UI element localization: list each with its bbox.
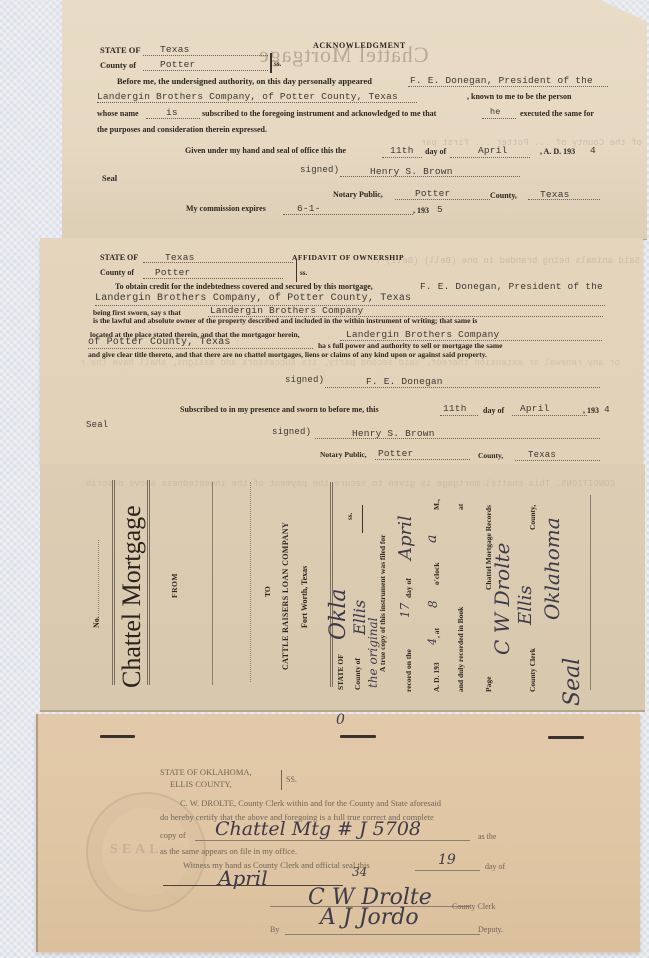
aff-notary-county: Potter	[378, 448, 413, 459]
ack-day: 11th	[390, 145, 414, 156]
cover-record-prefix: record on the	[404, 649, 413, 692]
affidavit-title: AFFIDAVIT OF OWNERSHIP	[292, 253, 404, 262]
aff-line6-fill	[88, 348, 313, 349]
cover-to-label: TO	[263, 586, 272, 597]
aff-seal-label: Seal	[86, 420, 108, 430]
aff-line5-typed: Landergin Brothers Company	[346, 329, 499, 340]
ack-line2-typed: Landergin Brothers Company, of Potter Co…	[97, 91, 398, 102]
cover-lender: CATTLE RAISERS LOAN COMPANY	[281, 522, 290, 670]
ack-line2-fill	[97, 102, 417, 103]
ack-line3-middle: subscribed to the foregoing instrument a…	[202, 109, 436, 118]
aff-notary-state: Texas	[528, 450, 556, 460]
aff-signed-line	[325, 387, 600, 388]
aff-county-line	[143, 278, 283, 279]
cert-deputy-line	[285, 934, 480, 935]
cover-record-month: April	[395, 515, 416, 560]
cover-rule	[212, 482, 213, 685]
ack-signed-label: signed)	[300, 165, 339, 175]
cover-county-clerk-label: County Clerk	[528, 648, 537, 692]
aff-ss-bracket	[296, 260, 297, 282]
aff-day-of: day of	[483, 406, 504, 415]
ack-signer: Henry S. Brown	[370, 166, 453, 177]
aff-month: April	[520, 403, 550, 414]
cert-county-clerk-label: County Clerk	[452, 902, 495, 911]
ack-line1-fill	[408, 86, 608, 87]
staple	[100, 735, 135, 738]
cover-seal-hand: Seal	[560, 658, 585, 706]
ack-month: April	[478, 145, 508, 156]
ack-is-line	[146, 118, 200, 119]
aff-line7: and give clear title thereto, and that t…	[88, 350, 487, 359]
ack-county-label: County of	[100, 60, 136, 70]
cover-at2: at	[456, 504, 465, 510]
ack-he-typed: he	[490, 107, 501, 117]
seal-text: SEAL	[110, 842, 163, 858]
cover-recorded-in: and duly recorded in Book	[456, 607, 465, 692]
aff-line4: is the lawful and absolute owner of the …	[93, 316, 477, 325]
cover-hour: 8	[426, 600, 440, 608]
ack-ad: , A. D. 193	[540, 147, 575, 156]
cover-ad-digit: 4	[426, 638, 439, 645]
ack-state-line	[143, 55, 268, 56]
mirrored-bleed-title: Chattel Mortgage	[258, 42, 429, 68]
ack-notary-state: Texas	[540, 189, 570, 200]
cert-witness-prefix: Witness my hand as County Clerk and offi…	[183, 860, 370, 870]
aff-line1-typed: F. E. Donegan, President of the	[420, 281, 603, 292]
aff-month-line	[512, 415, 587, 416]
cover-state-hand: Okla	[326, 588, 351, 640]
aff-year-digit: 4	[604, 404, 610, 415]
cover-ss: ss.	[346, 513, 354, 520]
cover-lender-city: Fort Worth, Texas	[300, 566, 309, 628]
bleed-through-text: of the County of ... Potter ... first pa…	[422, 138, 642, 238]
pencil-mark: 0	[336, 712, 345, 728]
cover-state-label: STATE OF	[336, 654, 345, 690]
cert-copy-hand: Chattel Mtg # J 5708	[215, 818, 421, 840]
ack-line3-prefix: whose name	[97, 109, 139, 118]
cert-month-hand: April	[218, 866, 268, 890]
ack-commission-line	[283, 214, 413, 215]
ack-line3-suffix: executed the same for	[520, 109, 594, 118]
cover-no-line	[98, 540, 99, 615]
aff-signed-label: signed)	[285, 375, 324, 385]
cover-from-label: FROM	[170, 573, 179, 598]
bleed-through-text: Said animals being branded in one (Bell)…	[370, 256, 640, 276]
ack-year-digit: 4	[590, 145, 596, 156]
ack-ss-bracket	[270, 53, 272, 73]
ack-commission-label: My commission expires	[186, 204, 266, 213]
aff-notary-label: Notary Public,	[320, 450, 367, 459]
ack-county-word: County,	[490, 191, 517, 200]
cover-at: , at	[432, 628, 441, 638]
acknowledgment-sheet: of the County of ... Potter ... first pa…	[62, 0, 647, 240]
ack-commission-year-prefix: , 193	[413, 206, 429, 215]
cover-filed-hand: the original	[366, 617, 380, 688]
aff-line6-typed: of Potter County, Texas	[88, 337, 231, 348]
cert-day-line	[415, 870, 480, 871]
cover-rule	[250, 482, 251, 682]
cover-county-label: County of	[353, 658, 362, 690]
ack-line4: the purposes and consideration therein e…	[97, 125, 267, 134]
cert-deputy-signature: A J Jordo	[320, 905, 419, 930]
cert-deputy-label: Deputy.	[478, 925, 503, 934]
aff-line6-suffix: ha s full power and authority to sell or…	[318, 341, 503, 350]
cover-rule	[330, 482, 333, 687]
ack-notary-county-line	[395, 199, 490, 200]
aff-county-word: County,	[478, 451, 503, 460]
aff-notary-signer: Henry S. Brown	[352, 428, 435, 439]
cover-m: M.,	[432, 499, 441, 510]
cert-day-of: day of	[485, 862, 505, 871]
cert-county-line: ELLIS COUNTY,	[170, 779, 232, 789]
cover-no-label: No.	[92, 616, 101, 628]
cover-page-label: Page	[484, 677, 493, 692]
aff-signer: F. E. Donegan	[366, 376, 443, 387]
aff-county-value: Potter	[155, 267, 190, 278]
aff-notary-signed-label: signed)	[272, 427, 311, 437]
ack-seal-label: Seal	[102, 173, 117, 183]
aff-notary-state-line	[515, 460, 600, 461]
cover-rule	[147, 480, 150, 685]
cover-rule	[112, 480, 115, 685]
ack-commission-year-digit: 5	[437, 204, 443, 215]
cover-record-day: 17	[398, 603, 412, 618]
aff-state-label: STATE OF	[100, 253, 138, 262]
ack-county-line	[143, 70, 268, 71]
cert-same-line: as the same appears on file in my office…	[160, 846, 297, 856]
ack-line1-prefix: Before me, the undersigned authority, on…	[117, 76, 372, 86]
aff-subscribed-prefix: Subscribed to in my presence and sworn t…	[180, 405, 379, 414]
aff-year-prefix: , 193	[583, 406, 599, 415]
ack-commission-date: 6-1-	[297, 203, 321, 214]
cert-year-hand: 34	[352, 865, 367, 879]
cover-ampm: a	[424, 535, 440, 543]
ack-notary-county: Potter	[415, 188, 450, 199]
ack-county-value: Potter	[160, 59, 195, 70]
cert-witness-day: 19	[438, 852, 456, 868]
ack-ss: ss.	[274, 60, 281, 68]
cert-state-line: STATE OF OKLAHOMA,	[160, 767, 252, 777]
aff-line3-typed: Landergin Brothers Company	[210, 305, 363, 316]
cover-county-label2: County,	[528, 505, 537, 530]
aff-state-value: Texas	[165, 252, 195, 263]
cover-title: Chattel Mortgage	[117, 505, 147, 688]
aff-county-label: County of	[100, 268, 134, 277]
ack-day-of: day of	[425, 147, 446, 156]
cert-clerk-line: C. W. DROLTE, County Clerk within and fo…	[180, 798, 441, 808]
aff-day-line	[440, 415, 478, 416]
aff-line1-prefix: To obtain credit for the indebtedness co…	[115, 282, 373, 291]
cert-by-label: By	[270, 925, 279, 934]
ack-appeared-name: F. E. Donegan, President of the	[410, 75, 593, 86]
aff-notary-county-line	[375, 459, 470, 460]
ack-line2-suffix: , known to me to be the person	[467, 92, 571, 101]
cover-record-day-of: day of	[404, 578, 413, 598]
cover-clerk-county-hand: Ellis	[515, 585, 536, 625]
cover-state-hand2: Oklahoma	[540, 517, 564, 620]
staple	[548, 736, 584, 739]
cover-oclock: o'clock	[432, 563, 441, 586]
ack-notary-label: Notary Public,	[333, 190, 383, 199]
cover-ss-bracket	[362, 505, 363, 533]
cert-copy-label: copy of	[160, 830, 186, 840]
ack-he-line	[482, 118, 516, 119]
ack-month-line	[450, 157, 530, 158]
ack-is-typed: is	[166, 107, 178, 118]
ack-given-prefix: Given under my hand and seal of office t…	[185, 146, 346, 155]
cert-copy-line	[195, 840, 470, 841]
cover-clerk-hand: C W Drolte	[490, 543, 514, 655]
aff-ss: ss.	[300, 269, 307, 277]
cover-rule	[590, 495, 591, 690]
ack-state-label: STATE OF	[100, 45, 141, 55]
staple	[340, 735, 376, 738]
cert-ss-bracket	[281, 770, 282, 790]
cover-ad-prefix: A. D. 193	[432, 662, 441, 692]
cert-copy-suffix: as the	[478, 832, 496, 841]
aff-day: 11th	[443, 403, 467, 414]
cert-ss: SS.	[286, 775, 297, 784]
ack-state-value: Texas	[160, 44, 190, 55]
aff-line2-typed: Landergin Brothers Company, of Potter Co…	[95, 293, 411, 304]
ack-day-line	[382, 157, 422, 158]
